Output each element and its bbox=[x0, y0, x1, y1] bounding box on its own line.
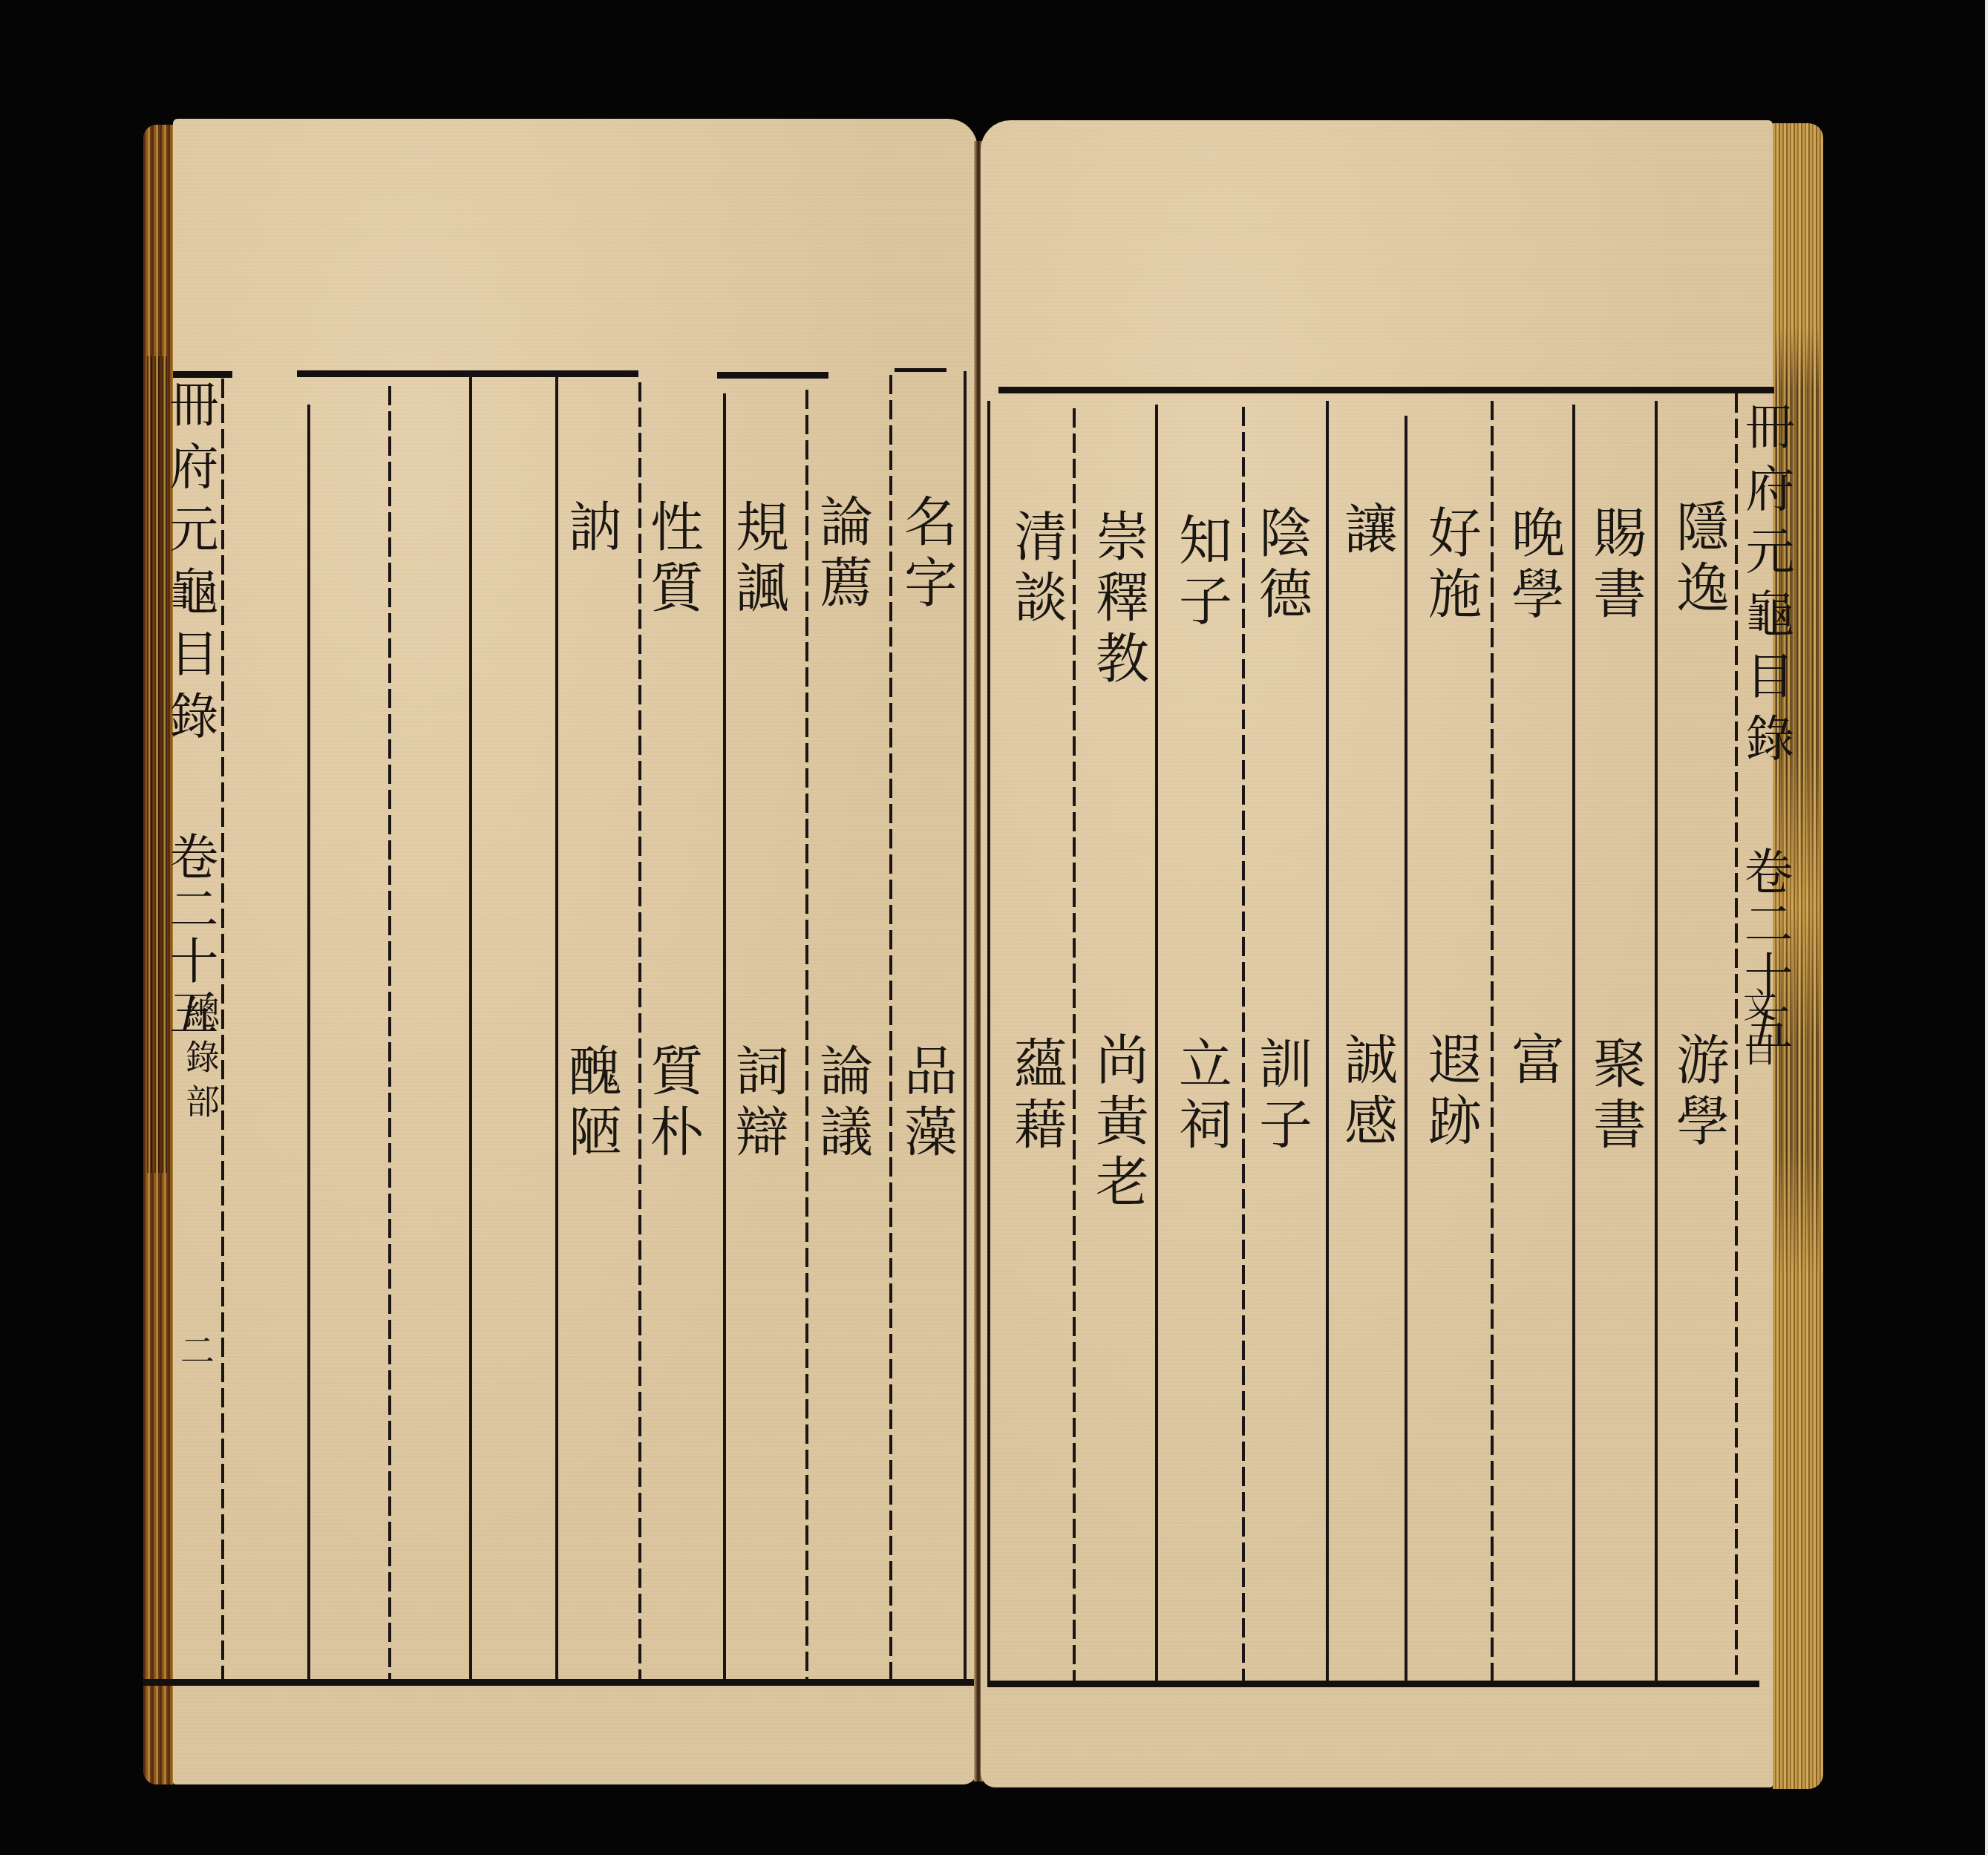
entry-lower: 醜陋 bbox=[564, 1043, 618, 1165]
entry-upper: 知子 bbox=[1174, 512, 1228, 634]
scan-edge-strip bbox=[1985, 0, 1988, 1855]
entry-lower: 品藻 bbox=[900, 1043, 953, 1165]
entry-lower: 富 bbox=[1507, 1032, 1560, 1093]
column-rule bbox=[805, 390, 808, 1679]
entry-upper: 性質 bbox=[646, 499, 699, 621]
column-rule bbox=[1405, 416, 1407, 1681]
entry-lower: 論議 bbox=[815, 1043, 869, 1165]
left-page bbox=[173, 119, 978, 1784]
right-top-frame-line bbox=[998, 387, 1774, 393]
entry-upper: 訥 bbox=[564, 499, 618, 560]
entry-upper: 規諷 bbox=[731, 499, 785, 621]
entry-upper: 論薦 bbox=[815, 494, 869, 615]
right-frame-left-edge bbox=[987, 401, 990, 1681]
left-bottom-frame-line bbox=[143, 1679, 978, 1686]
right-margin-section: 文目 bbox=[1741, 987, 1775, 1076]
column-rule bbox=[388, 386, 391, 1679]
right-margin-title: 冊府元龜目錄 bbox=[1741, 401, 1790, 775]
column-rule bbox=[723, 393, 726, 1679]
entry-upper: 晚學 bbox=[1507, 505, 1560, 626]
right-bottom-frame-line bbox=[987, 1681, 1759, 1687]
open-book: 冊府元龜目錄 卷二十五 總錄部 二 名字 品藻 論薦 論議 規諷 詞辯 性質 質… bbox=[0, 0, 1988, 1855]
entry-upper: 陰德 bbox=[1255, 505, 1308, 626]
entry-upper: 讓 bbox=[1340, 501, 1393, 562]
column-rule bbox=[1155, 405, 1158, 1681]
column-rule bbox=[1655, 401, 1658, 1681]
entry-lower: 誠感 bbox=[1340, 1032, 1393, 1154]
left-margin-section: 總錄部 bbox=[183, 995, 218, 1128]
left-page-number: 二 bbox=[178, 1332, 212, 1377]
entry-lower: 游學 bbox=[1672, 1032, 1725, 1154]
entry-upper: 清談 bbox=[1010, 508, 1063, 630]
left-top-frame-line bbox=[717, 372, 828, 379]
column-rule bbox=[1242, 407, 1245, 1681]
left-frame-right-edge bbox=[964, 371, 967, 1679]
entry-upper: 隱逸 bbox=[1672, 499, 1725, 621]
entry-lower: 遐跡 bbox=[1424, 1032, 1477, 1154]
entry-lower: 聚書 bbox=[1589, 1036, 1642, 1157]
column-rule bbox=[889, 375, 892, 1679]
column-rule bbox=[1326, 401, 1329, 1681]
left-top-frame-line bbox=[297, 370, 638, 377]
entry-lower: 蘊藉 bbox=[1010, 1036, 1063, 1157]
entry-lower: 詞辯 bbox=[731, 1043, 785, 1165]
left-margin-title: 冊府元龜目錄 bbox=[165, 379, 214, 753]
right-page bbox=[981, 120, 1773, 1787]
column-rule bbox=[1572, 405, 1575, 1681]
left-top-frame-line bbox=[895, 368, 946, 372]
entry-upper: 好施 bbox=[1424, 505, 1477, 626]
left-margin-rule bbox=[221, 379, 224, 1679]
entry-upper: 賜書 bbox=[1589, 505, 1642, 626]
entry-upper: 崇釋教 bbox=[1091, 508, 1145, 691]
column-rule bbox=[307, 405, 310, 1679]
entry-upper: 名字 bbox=[900, 494, 953, 615]
column-rule bbox=[469, 375, 472, 1679]
entry-lower: 立祠 bbox=[1174, 1036, 1228, 1157]
column-rule bbox=[555, 375, 558, 1679]
entry-lower: 訓子 bbox=[1255, 1036, 1308, 1157]
entry-lower: 質朴 bbox=[646, 1043, 699, 1165]
column-rule bbox=[1073, 408, 1076, 1681]
column-rule bbox=[1491, 401, 1494, 1681]
left-top-frame-line bbox=[173, 371, 232, 378]
entry-lower: 尚黃老 bbox=[1091, 1032, 1145, 1214]
